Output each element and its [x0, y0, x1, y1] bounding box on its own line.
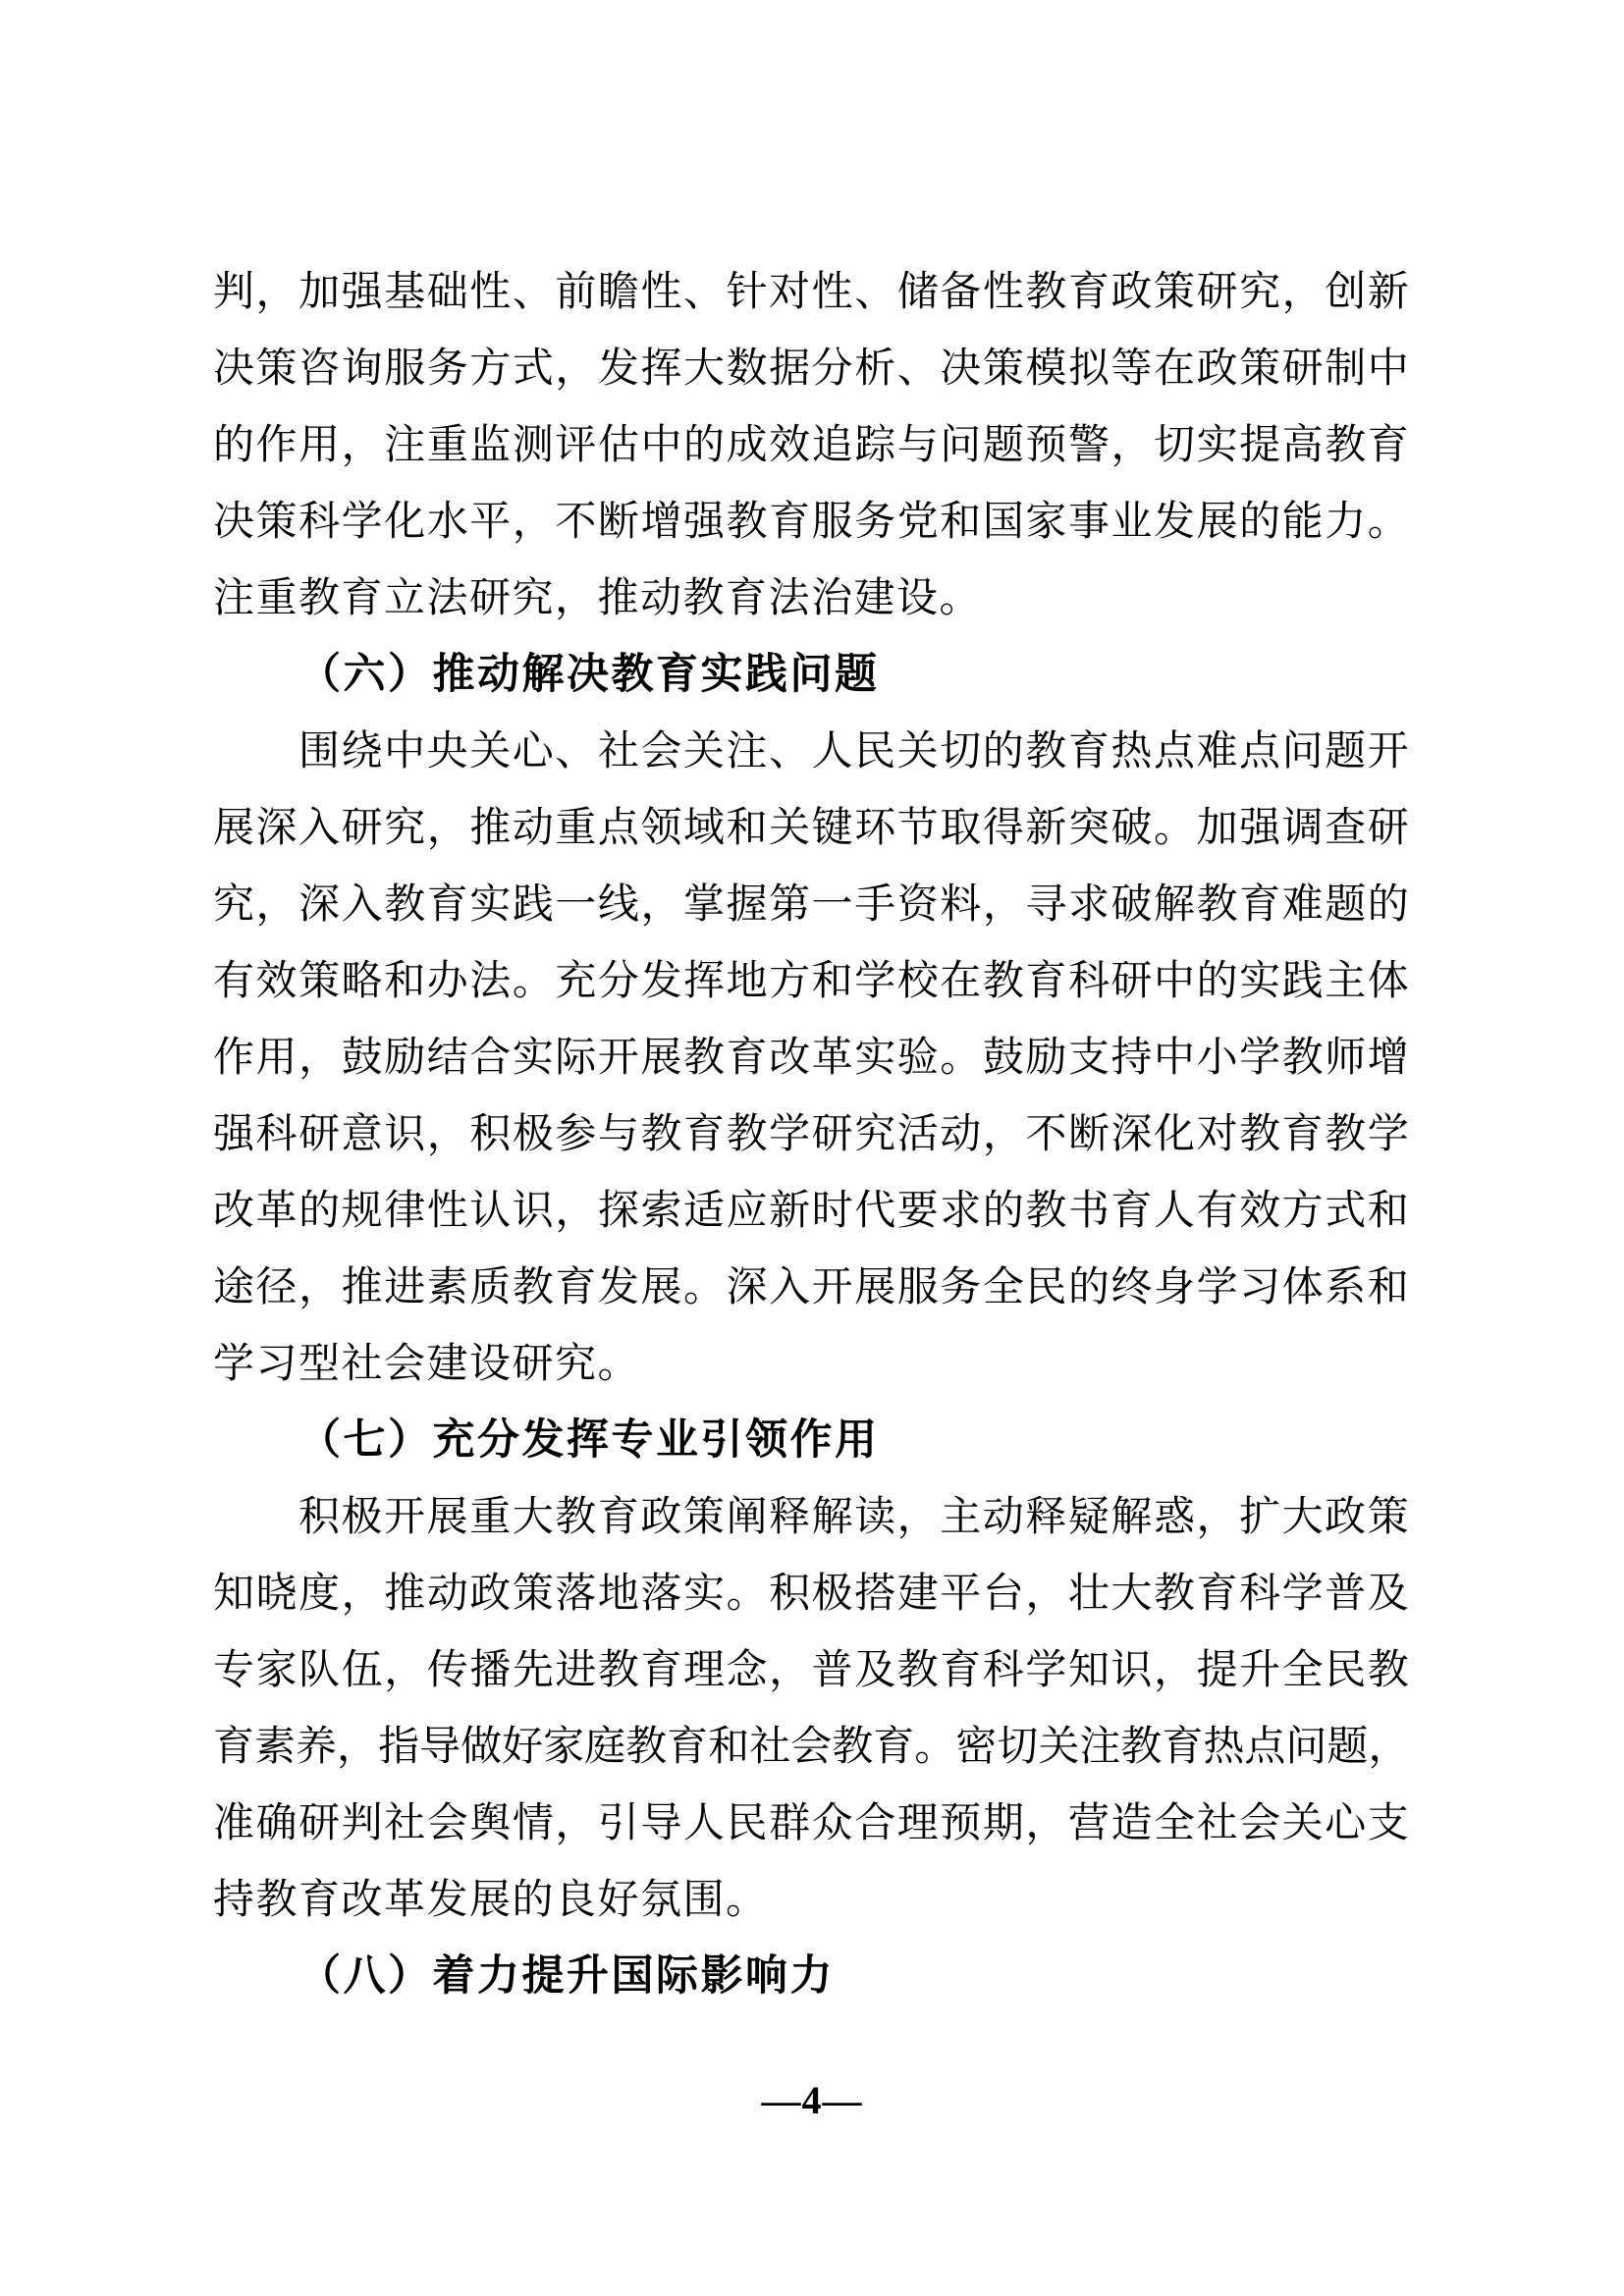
text-line: 究，深入教育实践一线，掌握第一手资料，寻求破解教育难题的 — [213, 867, 1409, 943]
text-line: 的作用，注重监测评估中的成效追踪与问题预警，切实提高教育 — [213, 407, 1409, 484]
section-heading: （六）推动解决教育实践问题 — [213, 637, 1409, 714]
text-line: 途径，推进素质教育发展。深入开展服务全民的终身学习体系和 — [213, 1250, 1409, 1326]
text-line: 围绕中央关心、社会关注、人民关切的教育热点难点问题开 — [213, 714, 1409, 790]
text-line: 注重教育立法研究，推动教育法治建设。 — [213, 561, 1409, 637]
text-line: 改革的规律性认识，探索适应新时代要求的教书育人有效方式和 — [213, 1173, 1409, 1250]
text-line: 决策科学化水平，不断增强教育服务党和国家事业发展的能力。 — [213, 484, 1409, 561]
page-number: —4— — [0, 2066, 1624, 2135]
text-line: 判，加强基础性、前瞻性、针对性、储备性教育政策研究，创新 — [213, 254, 1409, 331]
text-line: 持教育改革发展的良好氛围。 — [213, 1862, 1409, 1939]
text-line: 决策咨询服务方式，发挥大数据分析、决策模拟等在政策研制中 — [213, 331, 1409, 407]
section-heading: （八）着力提升国际影响力 — [213, 1939, 1409, 2015]
text-line: 准确研判社会舆情，引导人民群众合理预期，营造全社会关心支 — [213, 1786, 1409, 1862]
text-line: 学习型社会建设研究。 — [213, 1326, 1409, 1403]
text-line: 育素养，指导做好家庭教育和社会教育。密切关注教育热点问题， — [213, 1709, 1409, 1786]
text-line: 作用，鼓励结合实际开展教育改革实验。鼓励支持中小学教师增 — [213, 1020, 1409, 1096]
document-body: 判，加强基础性、前瞻性、针对性、储备性教育政策研究，创新决策咨询服务方式，发挥大… — [213, 254, 1409, 2015]
document-page: 判，加强基础性、前瞻性、针对性、储备性教育政策研究，创新决策咨询服务方式，发挥大… — [0, 0, 1624, 2296]
text-line: 知晓度，推动政策落地落实。积极搭建平台，壮大教育科学普及 — [213, 1556, 1409, 1632]
text-line: 展深入研究，推动重点领域和关键环节取得新突破。加强调查研 — [213, 790, 1409, 867]
text-line: 专家队伍，传播先进教育理念，普及教育科学知识，提升全民教 — [213, 1632, 1409, 1709]
text-line: 有效策略和办法。充分发挥地方和学校在教育科研中的实践主体 — [213, 943, 1409, 1020]
text-line: 强科研意识，积极参与教育教学研究活动，不断深化对教育教学 — [213, 1096, 1409, 1173]
section-heading: （七）充分发挥专业引领作用 — [213, 1403, 1409, 1479]
text-line: 积极开展重大教育政策阐释解读，主动释疑解惑，扩大政策 — [213, 1479, 1409, 1556]
